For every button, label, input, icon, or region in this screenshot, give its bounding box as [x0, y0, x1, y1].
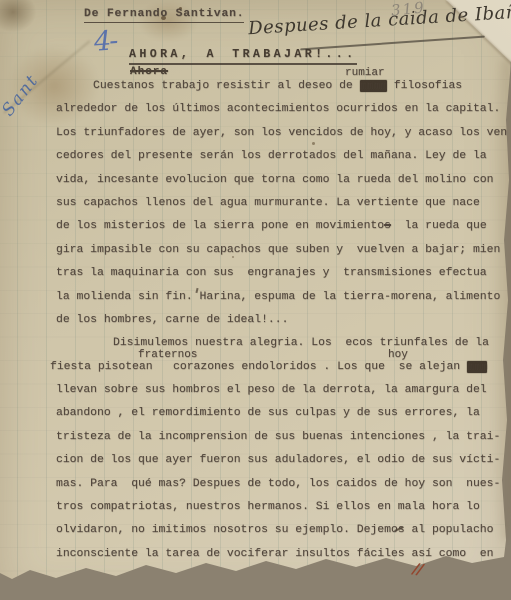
- typed-line: sus capachos llenos del agua murmurante.…: [56, 192, 511, 215]
- typed-line: tristeza de la incomprension de sus buen…: [56, 426, 511, 449]
- typed-line: de los misterios de la sierra pone en mo…: [56, 215, 511, 238]
- typed-insertion-hoy: hoy: [388, 349, 408, 361]
- blue-copy-number: 4-: [93, 25, 117, 57]
- typed-line: tros compatriotas, nuestros hermanos. Si…: [56, 496, 511, 519]
- typed-line: tras la maquinaria con sus engranajes y …: [56, 262, 511, 285]
- typed-line: Los triunfadores de ayer, son los vencid…: [56, 122, 511, 145]
- red-ink-mark: //: [412, 559, 424, 578]
- author-line: De Fernando Santivan.: [84, 8, 244, 23]
- typed-line: alrededor de los últimos acontecimientos…: [56, 98, 511, 121]
- typed-line: cion de los que ayer fueron sus adulador…: [56, 449, 511, 472]
- typed-line: inconsciente la tarea de vociferar insul…: [56, 543, 511, 566]
- typed-line: olvidaron, no imitimos nosotros su ejemp…: [56, 519, 511, 542]
- typed-line: la molienda sin fin. Harina, espuma de l…: [56, 286, 511, 309]
- typed-line: fiesta pisotean corazones endoloridos . …: [50, 356, 511, 379]
- typed-line: mas. Para qué mas? Despues de todo, los …: [56, 473, 511, 496]
- typed-insertion-rumiar: rumiar: [345, 67, 385, 79]
- scanned-document: De Fernando Santivan. AHORA, A TRABAJAR!…: [0, 0, 511, 600]
- typed-line: gira impasible con su capachos que suben…: [56, 239, 511, 262]
- page-title: AHORA, A TRABAJAR!...: [129, 48, 357, 65]
- typed-line: abandono , el remordimiento de sus culpa…: [56, 402, 511, 425]
- typed-line: cedores del presente serán los derrotado…: [56, 145, 511, 168]
- typed-line: Cuestanos trabajo resistir al deseo de m…: [93, 75, 511, 98]
- typed-line: llevan sobre sus hombros el peso de la d…: [56, 379, 511, 402]
- typed-body: Cuestanos trabajo resistir al deseo de m…: [56, 75, 511, 566]
- typed-line: vida, incesante evolucion que torna como…: [56, 169, 511, 192]
- typed-line: de los hombres, carne de ideal!...: [56, 309, 511, 332]
- typed-insertion-fraternos: fraternos: [138, 349, 197, 361]
